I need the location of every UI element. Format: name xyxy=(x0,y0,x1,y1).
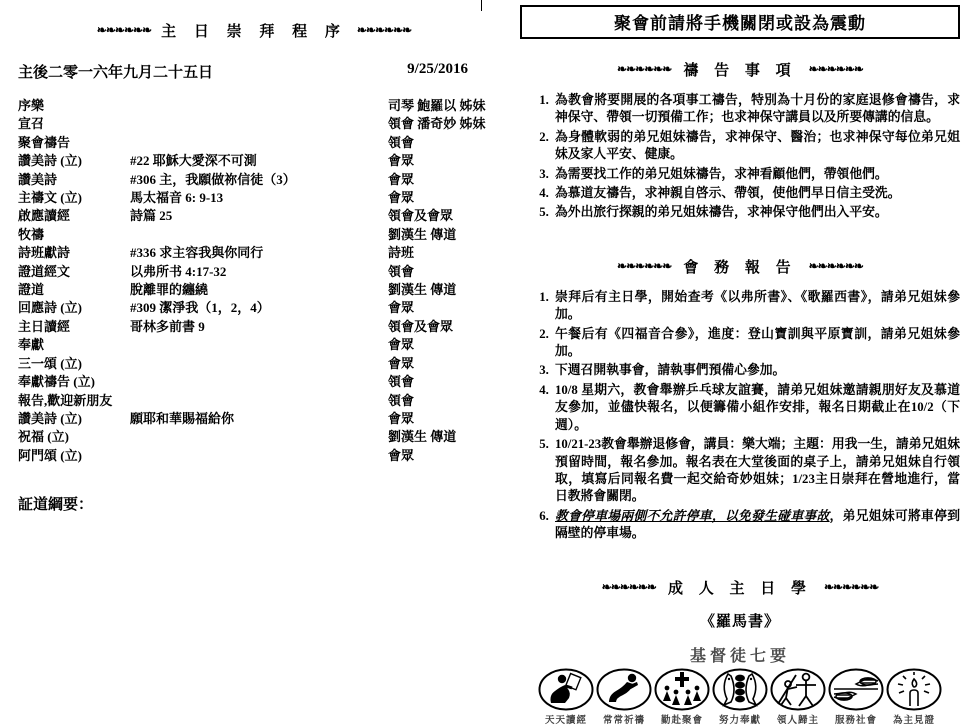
report-header: ❧❧❧❧❧❧ 會 務 報 告 ❧❧❧❧❧❧ xyxy=(520,256,960,277)
ornament-right: ❧❧❧❧❧❧ xyxy=(809,62,863,77)
prayer-item: 為外出旅行探親的弟兄姐妹禱告，求神保守他們出入平安。 xyxy=(552,204,960,221)
leading-people-icon xyxy=(770,668,826,711)
program-detail xyxy=(130,392,388,410)
program-role: 會眾 xyxy=(388,355,490,373)
essential-read-bible: 天天讀經 xyxy=(538,668,595,726)
program-role: 領會 xyxy=(388,134,490,152)
study-book-title: 《羅馬書》 xyxy=(520,610,960,631)
phone-notice-text: 聚會前請將手機關閉或設為震動 xyxy=(614,14,866,33)
program-detail xyxy=(130,336,388,354)
program-row: 證道經文以弗所书 4:17-32領會 xyxy=(18,263,490,281)
program-item: 詩班獻詩 xyxy=(18,244,130,262)
fish-coins-icon xyxy=(712,668,768,711)
program-item: 回應詩 (立) xyxy=(18,299,130,317)
report-item: 崇拜后有主日學，開始查考《以弗所書》、《歌羅西書》，請弟兄姐妹參加。 xyxy=(552,289,960,324)
program-role: 司琴 鮑羅以 姊妹 xyxy=(388,97,490,115)
prayer-item: 為身體軟弱的弟兄姐妹禱告，求神保守、醫治；也求神保守每位弟兄姐妹及家人平安、健康… xyxy=(552,129,960,164)
serving-hands-icon xyxy=(828,668,884,711)
date-numeric: 9/25/2016 xyxy=(407,61,468,82)
congregation-cross-icon xyxy=(654,668,710,711)
program-role: 會眾 xyxy=(388,410,490,428)
program-item: 主日讀經 xyxy=(18,318,130,336)
program-row: 奉獻會眾 xyxy=(18,336,490,354)
program-item: 報告,歡迎新朋友 xyxy=(18,392,130,410)
prayer-header: ❧❧❧❧❧❧ 禱 告 事 項 ❧❧❧❧❧❧ xyxy=(520,59,960,80)
program-role: 會眾 xyxy=(388,189,490,207)
worship-order-header: ❧❧❧❧❧❧ 主 日 崇 拜 程 序 ❧❧❧❧❧❧ xyxy=(18,20,490,41)
essential-label: 服務社會 xyxy=(835,712,877,726)
seven-essentials-icons: 天天讀經 常常祈禱 xyxy=(520,668,960,726)
program-item: 讚美詩 xyxy=(18,171,130,189)
essential-witness: 為主見證 xyxy=(886,668,943,726)
announcements-section: 聚會前請將手機關閉或設為震動 ❧❧❧❧❧❧ 禱 告 事 項 ❧❧❧❧❧❧ 為教會… xyxy=(520,5,960,726)
fold-mark xyxy=(481,0,482,11)
program-row: 讚美詩 (立)願耶和華賜福給你會眾 xyxy=(18,410,490,428)
essential-label: 勤赴聚會 xyxy=(661,712,703,726)
program-detail xyxy=(130,447,388,465)
essential-offering: 努力奉獻 xyxy=(712,668,769,726)
program-role: 領會 潘奇妙 姊妹 xyxy=(388,115,490,133)
program-item: 證道 xyxy=(18,281,130,299)
report-item: 10/8 星期六，教會舉辦乒乓球友誼賽，請弟兄姐妹邀請親朋好友及慕道友參加，並儘… xyxy=(552,382,960,434)
date-row: 主後二零一六年九月二十五日 9/25/2016 xyxy=(18,61,490,82)
report-item: 午餐后有《四福音合參》，進度：登山寶訓與平原寶訓，請弟兄姐妹參加。 xyxy=(552,326,960,361)
program-item: 牧禱 xyxy=(18,226,130,244)
ornament-left: ❧❧❧❧❧❧ xyxy=(617,259,671,274)
program-table: 序樂司琴 鮑羅以 姊妹宣召領會 潘奇妙 姊妹聚會禱告領會讚美詩 (立)#22 耶… xyxy=(18,97,490,465)
reading-bible-icon xyxy=(538,668,594,711)
program-role: 會眾 xyxy=(388,447,490,465)
program-detail: #306 主，我願做祢信徒（3） xyxy=(130,171,388,189)
program-row: 主日讀經哥林多前書 9領會及會眾 xyxy=(18,318,490,336)
program-item: 啟應讀經 xyxy=(18,207,130,225)
essential-label: 領人歸主 xyxy=(777,712,819,726)
prayer-title: 禱 告 事 項 xyxy=(683,59,796,80)
program-role: 會眾 xyxy=(388,171,490,189)
program-item: 宣召 xyxy=(18,115,130,133)
program-detail: 詩篇 25 xyxy=(130,207,388,225)
report-item: 下週召開執事會，請執事們預備心參加。 xyxy=(552,362,960,379)
program-row: 詩班獻詩#336 求主容我與你同行詩班 xyxy=(18,244,490,262)
program-row: 宣召領會 潘奇妙 姊妹 xyxy=(18,115,490,133)
prayer-item: 為教會將要開展的各項事工禱告，特別為十月份的家庭退修會禱告，求神保守、帶領一切預… xyxy=(552,92,960,127)
essential-attend-meetings: 勤赴聚會 xyxy=(654,668,711,726)
program-role: 會眾 xyxy=(388,299,490,317)
program-role: 領會 xyxy=(388,373,490,391)
program-role: 劉漢生 傳道 xyxy=(388,428,490,446)
date-chinese: 主後二零一六年九月二十五日 xyxy=(18,61,213,82)
program-row: 奉獻禱告 (立)領會 xyxy=(18,373,490,391)
program-detail xyxy=(130,355,388,373)
report-title: 會 務 報 告 xyxy=(683,256,796,277)
program-detail: 哥林多前書 9 xyxy=(130,318,388,336)
shining-candle-icon xyxy=(886,668,942,711)
program-role: 領會 xyxy=(388,392,490,410)
phone-notice-box: 聚會前請將手機關閉或設為震動 xyxy=(520,5,960,39)
program-detail: #309 潔淨我（1，2，4） xyxy=(130,299,388,317)
program-role: 領會及會眾 xyxy=(388,207,490,225)
program-row: 報告,歡迎新朋友領會 xyxy=(18,392,490,410)
program-detail xyxy=(130,373,388,391)
essential-label: 努力奉獻 xyxy=(719,712,761,726)
program-row: 讚美詩#306 主，我願做祢信徒（3）會眾 xyxy=(18,171,490,189)
program-role: 領會及會眾 xyxy=(388,318,490,336)
program-role: 領會 xyxy=(388,263,490,281)
report-item-emphasis: 教會停車場兩側不允許停車，以免發生碰車事故 xyxy=(555,509,830,523)
program-item: 祝福 (立) xyxy=(18,428,130,446)
program-item: 序樂 xyxy=(18,97,130,115)
program-row: 啟應讀經詩篇 25領會及會眾 xyxy=(18,207,490,225)
program-detail xyxy=(130,115,388,133)
report-list: 崇拜后有主日學，開始查考《以弗所書》、《歌羅西書》，請弟兄姐妹參加。午餐后有《四… xyxy=(520,289,960,543)
program-item: 奉獻禱告 (立) xyxy=(18,373,130,391)
program-detail: #336 求主容我與你同行 xyxy=(130,244,388,262)
program-detail xyxy=(130,226,388,244)
program-item: 證道經文 xyxy=(18,263,130,281)
prayer-item: 為慕道友禱告，求神親自啓示、帶領，使他們早日信主受洗。 xyxy=(552,185,960,202)
program-detail xyxy=(130,428,388,446)
program-row: 讚美詩 (立)#22 耶穌大愛深不可測會眾 xyxy=(18,152,490,170)
program-role: 詩班 xyxy=(388,244,490,262)
program-row: 三一頌 (立)會眾 xyxy=(18,355,490,373)
report-item: 10/21-23教會舉辦退修會，講員：樂大端；主題：用我一生，請弟兄姐妹預留時間… xyxy=(552,436,960,506)
program-row: 序樂司琴 鮑羅以 姊妹 xyxy=(18,97,490,115)
essential-label: 常常祈禱 xyxy=(603,712,645,726)
essential-lead-to-lord: 領人歸主 xyxy=(770,668,827,726)
program-role: 會眾 xyxy=(388,336,490,354)
ornament-right: ❧❧❧❧❧❧ xyxy=(357,23,411,38)
ornament-right: ❧❧❧❧❧❧ xyxy=(824,580,878,595)
essential-label: 為主見證 xyxy=(893,712,935,726)
ornament-left: ❧❧❧❧❧❧ xyxy=(97,23,151,38)
prayer-item: 為需要找工作的弟兄姐妹禱告，求神看顧他們，帶領他們。 xyxy=(552,166,960,183)
program-role: 會眾 xyxy=(388,152,490,170)
program-detail: #22 耶穌大愛深不可測 xyxy=(130,152,388,170)
ornament-right: ❧❧❧❧❧❧ xyxy=(809,259,863,274)
program-detail: 馬太福音 6: 9-13 xyxy=(130,189,388,207)
sunday-school-header: ❧❧❧❧❧❧ 成 人 主 日 學 ❧❧❧❧❧❧ xyxy=(520,577,960,598)
prayer-list: 為教會將要開展的各項事工禱告，特別為十月份的家庭退修會禱告，求神保守、帶領一切預… xyxy=(520,92,960,222)
program-item: 奉獻 xyxy=(18,336,130,354)
worship-order-section: ❧❧❧❧❧❧ 主 日 崇 拜 程 序 ❧❧❧❧❧❧ 主後二零一六年九月二十五日 … xyxy=(18,20,490,514)
program-detail: 願耶和華賜福給你 xyxy=(130,410,388,428)
program-item: 主禱文 (立) xyxy=(18,189,130,207)
essential-label: 天天讀經 xyxy=(545,712,587,726)
essential-serve-society: 服務社會 xyxy=(828,668,885,726)
program-row: 聚會禱告領會 xyxy=(18,134,490,152)
seven-essentials-title: 基督徒七要 xyxy=(520,643,960,666)
program-item: 三一頌 (立) xyxy=(18,355,130,373)
program-row: 主禱文 (立)馬太福音 6: 9-13會眾 xyxy=(18,189,490,207)
program-row: 牧禱劉漢生 傳道 xyxy=(18,226,490,244)
essential-pray: 常常祈禱 xyxy=(596,668,653,726)
report-item: 教會停車場兩側不允許停車，以免發生碰車事故，弟兄姐妹可將車停到隔壁的停車場。 xyxy=(552,508,960,543)
program-row: 回應詩 (立)#309 潔淨我（1，2，4）會眾 xyxy=(18,299,490,317)
ornament-left: ❧❧❧❧❧❧ xyxy=(617,62,671,77)
program-detail xyxy=(130,134,388,152)
worship-order-title: 主 日 崇 拜 程 序 xyxy=(161,20,347,41)
seven-essentials: 基督徒七要 天天讀經 xyxy=(520,643,960,726)
sermon-outline-label: 証道綱要： xyxy=(18,493,490,514)
ornament-left: ❧❧❧❧❧❧ xyxy=(602,580,656,595)
program-detail: 以弗所书 4:17-32 xyxy=(130,263,388,281)
program-item: 聚會禱告 xyxy=(18,134,130,152)
program-row: 證道脫離罪的纏繞劉漢生 傳道 xyxy=(18,281,490,299)
sunday-school-title: 成 人 主 日 學 xyxy=(668,577,812,598)
praying-icon xyxy=(596,668,652,711)
program-row: 祝福 (立)劉漢生 傳道 xyxy=(18,428,490,446)
program-detail: 脫離罪的纏繞 xyxy=(130,281,388,299)
program-detail xyxy=(130,97,388,115)
program-item: 讚美詩 (立) xyxy=(18,410,130,428)
program-role: 劉漢生 傳道 xyxy=(388,281,490,299)
program-role: 劉漢生 傳道 xyxy=(388,226,490,244)
program-item: 阿門頌 (立) xyxy=(18,447,130,465)
program-item: 讚美詩 (立) xyxy=(18,152,130,170)
program-row: 阿門頌 (立)會眾 xyxy=(18,447,490,465)
